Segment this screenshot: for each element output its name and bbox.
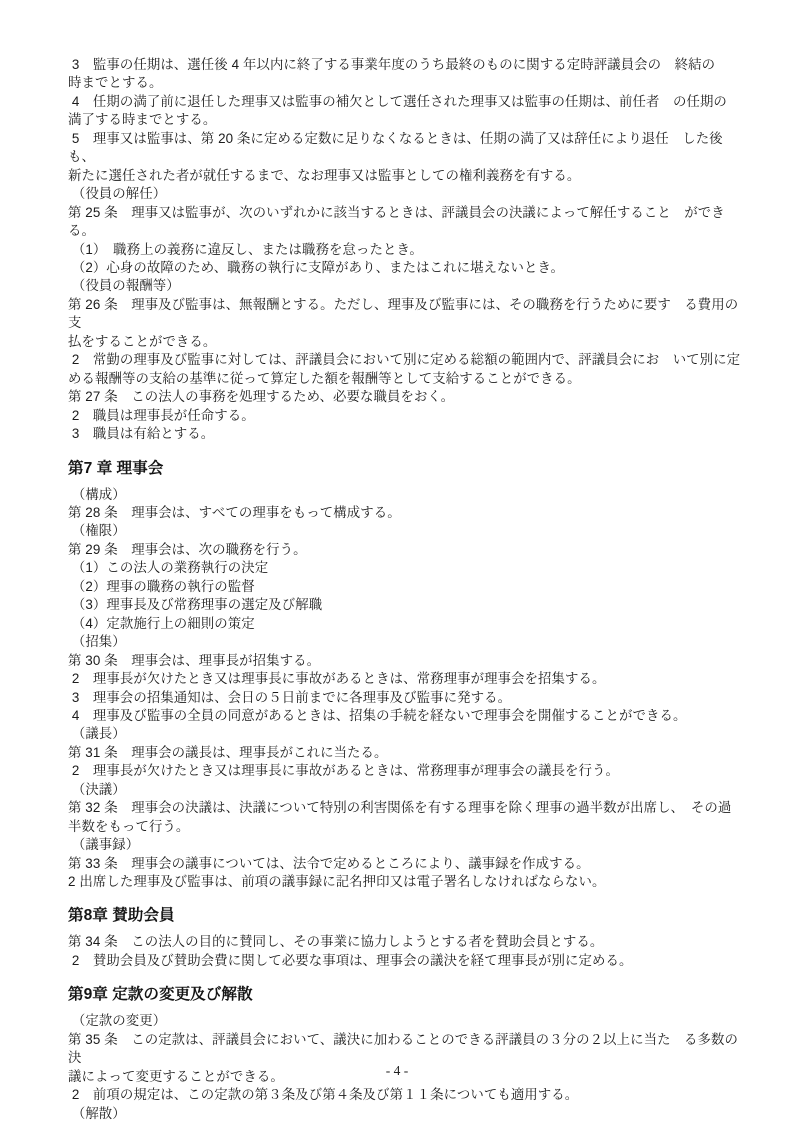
text-line: 第 25 条 理事又は監事が、次のいずれかに該当するときは、評議員会の決議によっ… (68, 204, 742, 241)
text-line: 3 理事会の招集通知は、会日の５日前までに各理事及び監事に発する。 (68, 689, 742, 707)
text-line: （1）この法人の業務執行の決定 (68, 559, 742, 577)
text-line: 第 34 条 この法人の目的に賛同し、その事業に協力しようとする者を賛助会員とす… (68, 933, 742, 951)
text-line: 満了する時までとする。 (68, 111, 742, 129)
text-line: 4 任期の満了前に退任した理事又は監事の補欠として選任された理事又は監事の任期は… (68, 93, 742, 111)
document-page: 3 監事の任期は、選任後 4 年以内に終了する事業年度のうち最終のものに関する定… (0, 0, 794, 1123)
text-line: 第 33 条 理事会の議事については、法令で定めるところにより、議事録を作成する… (68, 855, 742, 873)
text-line: 2 賛助会員及び賛助会費に関して必要な事項は、理事会の議決を経て理事長が別に定め… (68, 952, 742, 970)
text-line: （構成） (68, 486, 742, 504)
text-line: 時までとする。 (68, 74, 742, 92)
text-line: （役員の報酬等） (68, 277, 742, 295)
text-line: 2 常勤の理事及び監事に対しては、評議員会において別に定める総額の範囲内で、評議… (68, 351, 742, 369)
chapter-heading: 第9章 定款の変更及び解散 (68, 984, 742, 1006)
text-line: 2 職員は理事長が任命する。 (68, 407, 742, 425)
text-line: 半数をもって行う。 (68, 818, 742, 836)
text-line: 2 出席した理事及び監事は、前項の議事録に記名押印又は電子署名しなければならない… (68, 873, 742, 891)
text-line: （1） 職務上の義務に違反し、または職務を怠ったとき。 (68, 241, 742, 259)
text-line: （2）心身の故障のため、職務の執行に支障があり、またはこれに堪えないとき。 (68, 259, 742, 277)
text-line: 2 理事長が欠けたとき又は理事長に事故があるときは、常務理事が理事会の議長を行う… (68, 762, 742, 780)
page-number: - 4 - (0, 1063, 794, 1079)
text-line: （招集） (68, 633, 742, 651)
chapter-heading: 第8章 賛助会員 (68, 905, 742, 927)
text-line: 3 監事の任期は、選任後 4 年以内に終了する事業年度のうち最終のものに関する定… (68, 56, 742, 74)
text-line: （権限） (68, 522, 742, 540)
text-line: 第 28 条 理事会は、すべての理事をもって構成する。 (68, 504, 742, 522)
text-line: （役員の解任） (68, 185, 742, 203)
text-line: める報酬等の支給の基準に従って算定した額を報酬等として支給することができる。 (68, 370, 742, 388)
text-line: （3）理事長及び常務理事の選定及び解職 (68, 596, 742, 614)
text-line: 第 30 条 理事会は、理事長が招集する。 (68, 652, 742, 670)
text-line: 第 32 条 理事会の決議は、決議について特別の利害関係を有する理事を除く理事の… (68, 799, 742, 817)
text-line: （解散） (68, 1105, 742, 1123)
document-body: 3 監事の任期は、選任後 4 年以内に終了する事業年度のうち最終のものに関する定… (68, 56, 742, 1123)
text-line: 4 理事及び監事の全員の同意があるときは、招集の手続を経ないで理事会を開催するこ… (68, 707, 742, 725)
text-line: （2）理事の職務の執行の監督 (68, 578, 742, 596)
text-line: 2 理事長が欠けたとき又は理事長に事故があるときは、常務理事が理事会を招集する。 (68, 670, 742, 688)
text-line: （定款の変更） (68, 1012, 742, 1030)
text-line: 第 29 条 理事会は、次の職務を行う。 (68, 541, 742, 559)
text-line: 5 理事又は監事は、第 20 条に定める定数に足りなくなるときは、任期の満了又は… (68, 130, 742, 167)
text-line: 払をすることができる。 (68, 333, 742, 351)
text-line: 第 26 条 理事及び監事は、無報酬とする。ただし、理事及び監事には、その職務を… (68, 296, 742, 333)
text-line: （4）定款施行上の細則の策定 (68, 615, 742, 633)
text-line: （決議） (68, 781, 742, 799)
text-line: 第 27 条 この法人の事務を処理するため、必要な職員をおく。 (68, 388, 742, 406)
text-line: （議事録） (68, 836, 742, 854)
text-line: 第 31 条 理事会の議長は、理事長がこれに当たる。 (68, 744, 742, 762)
text-line: 新たに選任された者が就任するまで、なお理事又は監事としての権利義務を有する。 (68, 167, 742, 185)
text-line: （議長） (68, 725, 742, 743)
chapter-heading: 第7 章 理事会 (68, 458, 742, 480)
text-line: 2 前項の規定は、この定款の第３条及び第４条及び第１１条についても適用する。 (68, 1086, 742, 1104)
text-line: 3 職員は有給とする。 (68, 425, 742, 443)
